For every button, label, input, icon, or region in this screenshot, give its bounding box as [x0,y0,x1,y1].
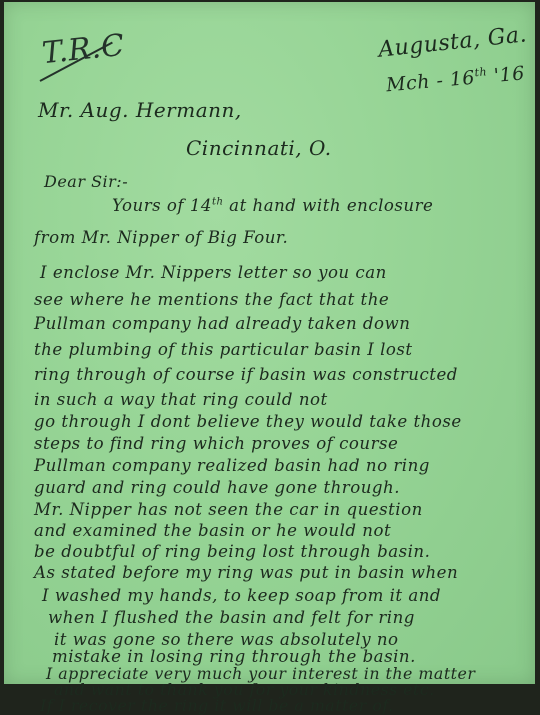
date-text: Mch - 16 [385,67,476,97]
date-year: '16 [493,62,526,87]
body-line: see where he mentions the fact that the [34,290,389,309]
letter-opening-line: Yours of 14th at hand with enclosure [112,196,433,215]
body-line: the plumbing of this particular basin I … [34,340,413,359]
body-line: guard and ring could have gone through. [34,478,400,497]
letter-date: Mch - 16th '16 [385,62,525,96]
body-line: I washed my hands, to keep soap from it … [42,586,441,605]
body-line: in such a way that ring could not [34,390,328,409]
body-line: As stated before my ring was put in basi… [34,563,458,582]
body-line: Pullman company had already taken down [34,314,410,333]
body-line: be doubtful of ring being lost through b… [34,542,430,561]
body-line: from Mr. Nipper of Big Four. [34,228,288,247]
letter-salutation: Dear Sir:- [44,172,128,191]
opening-pre: Yours of 14 [112,196,212,215]
scan-frame: T.R.C Augusta, Ga. Mch - 16th '16 Mr. Au… [0,0,540,689]
body-line: Pullman company realized basin had no ri… [34,456,430,475]
opening-sup: th [212,196,223,207]
letter-addressee: Mr. Aug. Hermann, [38,98,242,122]
letter-city: Cincinnati, O. [186,136,332,160]
letter-sheet: T.R.C Augusta, Ga. Mch - 16th '16 Mr. Au… [4,2,535,684]
date-suffix: th [474,65,488,79]
body-line: go through I dont believe they would tak… [34,412,462,431]
body-line: and want to thank you for your kindness … [54,680,435,689]
body-line: ring through of course if basin was cons… [34,365,458,384]
body-line: and examined the basin or he would not [34,521,391,540]
letter-place: Augusta, Ga. [377,22,528,62]
body-line: when I flushed the basin and felt for ri… [48,608,415,627]
opening-post: at hand with enclosure [223,196,433,215]
body-line: I enclose Mr. Nippers letter so you can [40,263,387,282]
body-line: Mr. Nipper has not seen the car in quest… [34,500,423,519]
letter-monogram: T.R.C [40,28,126,71]
body-line: steps to find ring which proves of cours… [34,434,398,453]
